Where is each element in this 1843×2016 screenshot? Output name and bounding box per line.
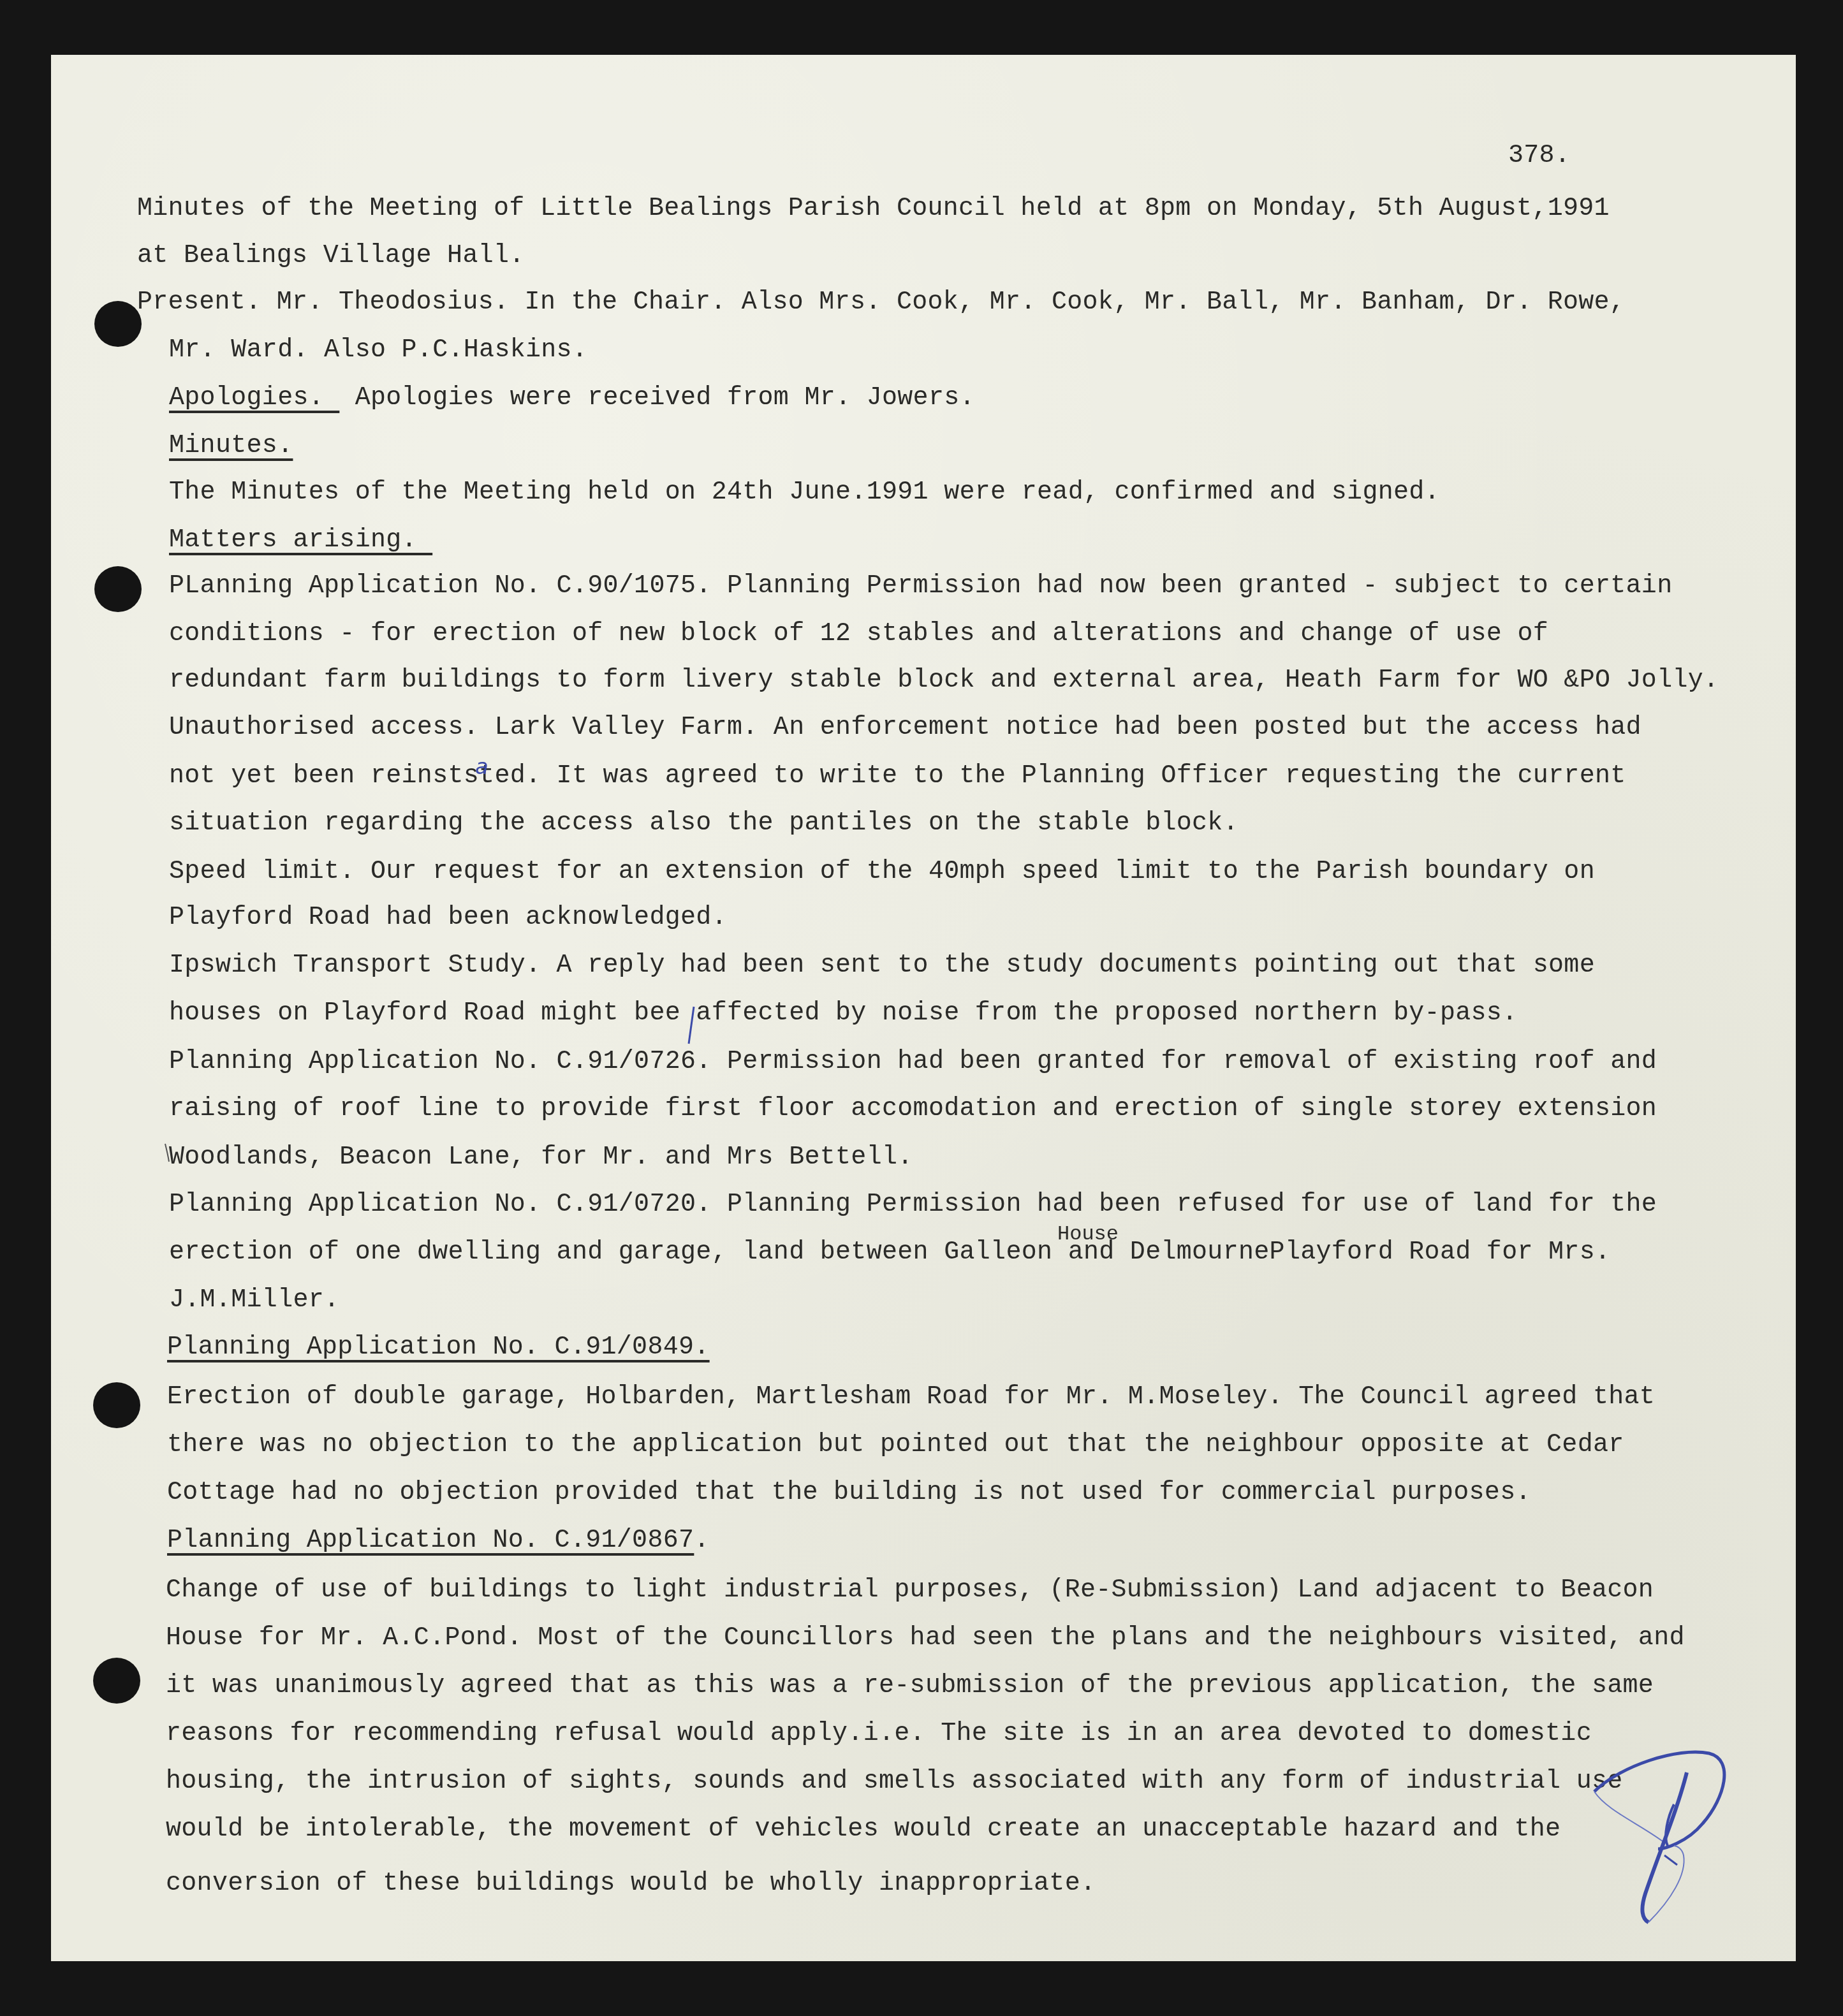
initials-signature-icon: [1582, 1741, 1747, 1932]
body-line: there was no objection to the applicatio…: [167, 1433, 1624, 1458]
punch-hole: [94, 301, 142, 347]
body-line: PLanning Application No. C.90/1075. Plan…: [169, 574, 1672, 599]
body-line: erection of one dwelling and garage, lan…: [169, 1240, 1610, 1266]
minutes-text: The Minutes of the Meeting held on 24th …: [169, 480, 1440, 506]
inserted-word: House: [1057, 1224, 1119, 1245]
punch-hole: [93, 1658, 140, 1704]
application-0867-label-suffix: .: [694, 1526, 709, 1555]
minutes-label: Minutes.: [169, 434, 293, 459]
punch-hole: [94, 566, 142, 612]
body-line: conversion of these buildings would be w…: [166, 1871, 1096, 1897]
body-line: Planning Application No. C.91/0720. Plan…: [169, 1192, 1657, 1218]
body-line: Cottage had no objection provided that t…: [167, 1480, 1531, 1506]
body-line: Woodlands, Beacon Lane, for Mr. and Mrs …: [169, 1145, 913, 1171]
application-0867-label: Planning Application No. C.91/0867: [167, 1526, 694, 1555]
body-line: Planning Application No. C.91/0726. Perm…: [169, 1049, 1657, 1075]
page-number: 378.: [1508, 143, 1570, 169]
body-line: would be intolerable, the movement of ve…: [166, 1817, 1560, 1843]
body-line: Change of use of buildings to light indu…: [166, 1578, 1654, 1603]
body-line: Playford Road had been acknowledged.: [169, 905, 727, 931]
body-line: House for Mr. A.C.Pond. Most of the Coun…: [166, 1626, 1685, 1651]
pen-mark-icon: [163, 1141, 182, 1167]
body-line: Erection of double garage, Holbarden, Ma…: [167, 1385, 1655, 1410]
heading-line: Minutes of the Meeting of Little Bealing…: [137, 196, 1610, 222]
apologies-row: Apologies. Apologies were received from …: [169, 386, 975, 411]
punch-hole: [93, 1382, 140, 1428]
application-0849-label: Planning Application No. C.91/0849.: [167, 1335, 710, 1361]
body-line: housing, the intrusion of sights, sounds…: [166, 1769, 1623, 1795]
body-line: redundant farm buildings to form livery …: [169, 668, 1719, 694]
application-0867-label-row: Planning Application No. C.91/0867.: [167, 1528, 710, 1554]
body-line: Unauthorised access. Lark Valley Farm. A…: [169, 715, 1641, 741]
body-line: it was unanimously agreed that as this w…: [166, 1674, 1654, 1699]
present-line: Mr. Ward. Also P.C.Haskins.: [169, 338, 587, 363]
body-line: houses on Playford Road might bee affect…: [169, 1001, 1517, 1026]
body-line: not yet been reinststed. It was agreed t…: [169, 764, 1626, 789]
body-line: Speed limit. Our request for an extensio…: [169, 859, 1595, 885]
pen-correction: a: [475, 756, 488, 778]
body-line: conditions - for erection of new block o…: [169, 622, 1548, 647]
apologies-label: Apologies.: [169, 384, 339, 413]
matters-arising-label: Matters arising.: [169, 528, 432, 553]
body-line: J.M.Miller.: [169, 1288, 339, 1313]
heading-line: at Bealings Village Hall.: [137, 244, 525, 269]
present-line: Present. Mr. Theodosius. In the Chair. A…: [137, 290, 1625, 316]
body-line: reasons for recommending refusal would a…: [166, 1721, 1592, 1747]
body-line: Ipswich Transport Study. A reply had bee…: [169, 953, 1595, 979]
body-line: situation regarding the access also the …: [169, 811, 1238, 836]
apologies-text: Apologies were received from Mr. Jowers.: [339, 384, 974, 413]
body-line: raising of roof line to provide first fl…: [169, 1097, 1657, 1122]
pen-stroke-icon: [682, 1004, 701, 1049]
